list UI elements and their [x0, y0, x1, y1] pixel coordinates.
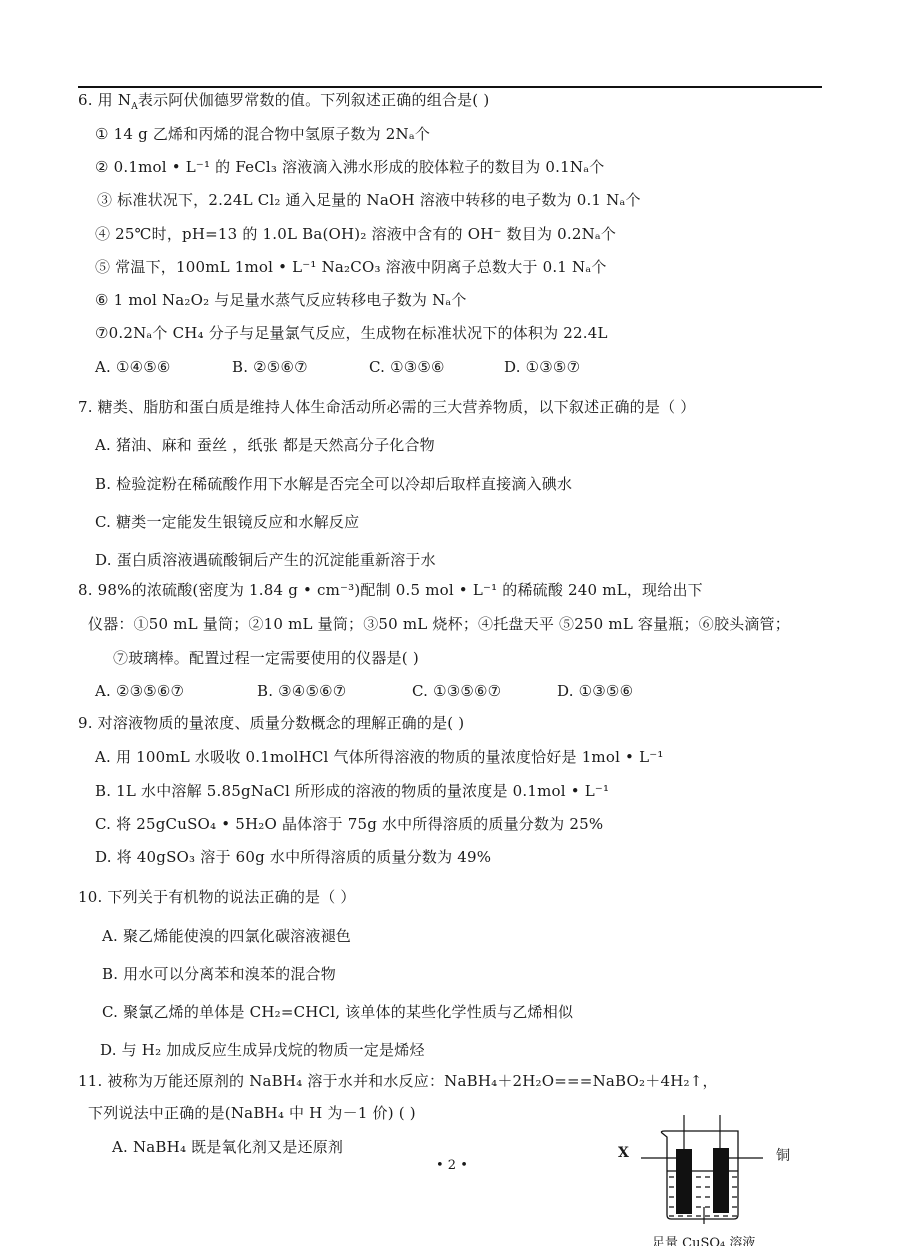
q9-stem: 9. 对溶液物质的量浓度、质量分数概念的理解正确的是( ): [78, 713, 464, 733]
diagram-label-x: X: [618, 1145, 629, 1161]
q8-stem-line2: 仪器：①50 mL 量筒；②10 mL 量筒；③50 mL 烧杯；④托盘天平 ⑤…: [88, 614, 790, 634]
diagram-caption: 足量 CuSO₄ 溶液: [652, 1232, 755, 1246]
q6-stem-post: 表示阿伏伽德罗常数的值。下列叙述正确的组合是( ): [138, 91, 489, 109]
q6-option-d[interactable]: D. ①③⑤⑦: [504, 357, 580, 377]
q8-stem-line3: ⑦玻璃棒。配置过程一定需要使用的仪器是( ): [113, 648, 419, 668]
q7-option-d[interactable]: D. 蛋白质溶液遇硫酸铜后产生的沉淀能重新溶于水: [95, 550, 436, 570]
page-number: • 2 •: [436, 1158, 468, 1173]
q6-option-b[interactable]: B. ②⑤⑥⑦: [232, 357, 369, 377]
q9-option-c[interactable]: C. 将 25gCuSO₄ • 5H₂O 晶体溶于 75g 水中所得溶质的质量分…: [95, 814, 603, 834]
q9-option-b[interactable]: B. 1L 水中溶解 5.85gNaCl 所形成的溶液的物质的量浓度是 0.1m…: [95, 781, 609, 801]
q11-stem-line1: 11. 被称为万能还原剂的 NaBH₄ 溶于水并和水反应：NaBH₄＋2H₂O=…: [78, 1071, 718, 1091]
q9-option-a[interactable]: A. 用 100mL 水吸收 0.1molHCl 气体所得溶液的物质的量浓度恰好…: [95, 747, 664, 767]
q6-item-2: ② 0.1mol • L⁻¹ 的 FeCl₃ 溶液滴入沸水形成的胶体粒子的数目为…: [95, 157, 604, 177]
q10-option-a[interactable]: A. 聚乙烯能使溴的四氯化碳溶液褪色: [102, 926, 351, 946]
q6-option-a[interactable]: A. ①④⑤⑥: [95, 357, 232, 377]
q8-option-b[interactable]: B. ③④⑤⑥⑦: [257, 681, 412, 701]
electrolysis-diagram: X 铜 足量 CuSO₄ 溶液: [610, 1115, 810, 1246]
q6-options: A. ①④⑤⑥B. ②⑤⑥⑦C. ①③⑤⑥D. ①③⑤⑦: [95, 357, 580, 377]
diagram-label-copper: 铜: [776, 1145, 790, 1165]
q10-option-b[interactable]: B. 用水可以分离苯和溴苯的混合物: [102, 964, 336, 984]
beaker-icon: [610, 1115, 810, 1246]
q6-stem: 6. 用 NA表示阿伏伽德罗常数的值。下列叙述正确的组合是( ): [78, 90, 489, 110]
q9-option-d[interactable]: D. 将 40gSO₃ 溶于 60g 水中所得溶质的质量分数为 49%: [95, 847, 491, 867]
q8-option-a[interactable]: A. ②③⑤⑥⑦: [95, 681, 257, 701]
q10-stem: 10. 下列关于有机物的说法正确的是（ ）: [78, 887, 356, 907]
q6-item-4: ④ 25℃时，pH=13 的 1.0L Ba(OH)₂ 溶液中含有的 OH⁻ 数…: [95, 224, 616, 244]
q10-option-c[interactable]: C. 聚氯乙烯的单体是 CH₂=CHCl, 该单体的某些化学性质与乙烯相似: [102, 1002, 573, 1022]
q8-option-c[interactable]: C. ①③⑤⑥⑦: [412, 681, 557, 701]
q6-item-6: ⑥ 1 mol Na₂O₂ 与足量水蒸气反应转移电子数为 Nₐ个: [95, 290, 467, 310]
q11-option-a[interactable]: A. NaBH₄ 既是氧化剂又是还原剂: [112, 1137, 343, 1157]
q6-item-5: ⑤ 常温下，100mL 1mol • L⁻¹ Na₂CO₃ 溶液中阴离子总数大于…: [95, 257, 607, 277]
q8-stem-line1: 8. 98%的浓硫酸(密度为 1.84 g • cm⁻³)配制 0.5 mol …: [78, 580, 703, 600]
q6-stem-pre: 6. 用 N: [78, 91, 131, 109]
top-rule: [78, 86, 822, 88]
q7-option-a[interactable]: A. 猪油、麻和 蚕丝 ，纸张 都是天然高分子化合物: [95, 435, 435, 455]
q8-option-d[interactable]: D. ①③⑤⑥: [557, 681, 633, 701]
q6-stem-sub: A: [131, 102, 138, 112]
q10-option-d[interactable]: D. 与 H₂ 加成反应生成异戊烷的物质一定是烯烃: [100, 1040, 425, 1060]
q6-item-7: ⑦0.2Nₐ个 CH₄ 分子与足量氯气反应，生成物在标准状况下的体积为 22.4…: [95, 323, 608, 343]
q11-stem-line2: 下列说法中正确的是(NaBH₄ 中 H 为－1 价) ( ): [88, 1103, 416, 1123]
q6-item-1: ① 14 g 乙烯和丙烯的混合物中氢原子数为 2Nₐ个: [95, 124, 430, 144]
q7-stem: 7. 糖类、脂肪和蛋白质是维持人体生命活动所必需的三大营养物质，以下叙述正确的是…: [78, 397, 695, 417]
q8-options: A. ②③⑤⑥⑦B. ③④⑤⑥⑦C. ①③⑤⑥⑦D. ①③⑤⑥: [95, 681, 633, 701]
q6-option-c[interactable]: C. ①③⑤⑥: [369, 357, 504, 377]
q7-option-b[interactable]: B. 检验淀粉在稀硫酸作用下水解是否完全可以冷却后取样直接滴入碘水: [95, 474, 572, 494]
q6-item-3: ③ 标准状况下，2.24L Cl₂ 通入足量的 NaOH 溶液中转移的电子数为 …: [97, 190, 641, 210]
q7-option-c[interactable]: C. 糖类一定能发生银镜反应和水解反应: [95, 512, 359, 532]
